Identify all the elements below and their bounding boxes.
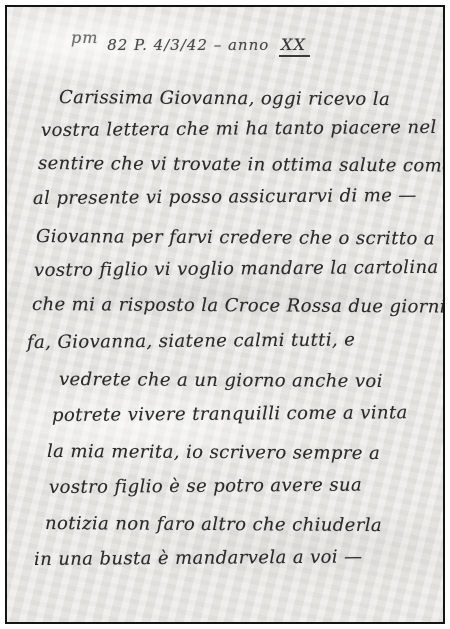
scanned-letter-page: pm 82 P. 4/3/42 – anno XX Carissima Giov… [0, 0, 450, 629]
letter-line: Giovanna per farvi credere che o scritto… [36, 226, 435, 249]
letter-line: in una busta è mandarvela a voi — [34, 546, 363, 570]
letter-line: sentire che vi trovate in ottima salute … [38, 153, 445, 177]
scan-border: pm 82 P. 4/3/42 – anno XX Carissima Giov… [5, 5, 445, 624]
letter-line: vedrete che a un giorno anche voi [59, 369, 383, 392]
letter-line: vostro figlio è se potro avere sua [49, 475, 362, 498]
letter-line: vostro figlio vi voglio mandare la carto… [34, 257, 439, 281]
letter-line: potrete vivere tranquilli come a vinta [52, 402, 408, 426]
letter-paper: pm 82 P. 4/3/42 – anno XX Carissima Giov… [7, 7, 443, 622]
letter-line: vostra lettera che mi ha tanto piacere n… [41, 117, 437, 141]
letter-line: la mia merita, io scrivero sempre a [47, 441, 380, 464]
letter-line: che mi a risposto la Croce Rossa due gio… [32, 294, 445, 318]
letter-header: pm 82 P. 4/3/42 – anno XX [71, 35, 310, 54]
letter-line: Carissima Giovanna, oggi ricevo la [59, 87, 390, 110]
date-line: 82 P. 4/3/42 – anno [107, 36, 269, 54]
year-roman-underlined: XX [279, 35, 310, 57]
letter-line: notizia non faro altro che chiuderla [45, 513, 382, 536]
letter-line: al presente vi posso assicurarvi di me — [33, 185, 417, 209]
letter-line: fa, Giovanna, siatene calmi tutti, e [27, 329, 355, 353]
postmark-initials: pm [71, 28, 98, 47]
